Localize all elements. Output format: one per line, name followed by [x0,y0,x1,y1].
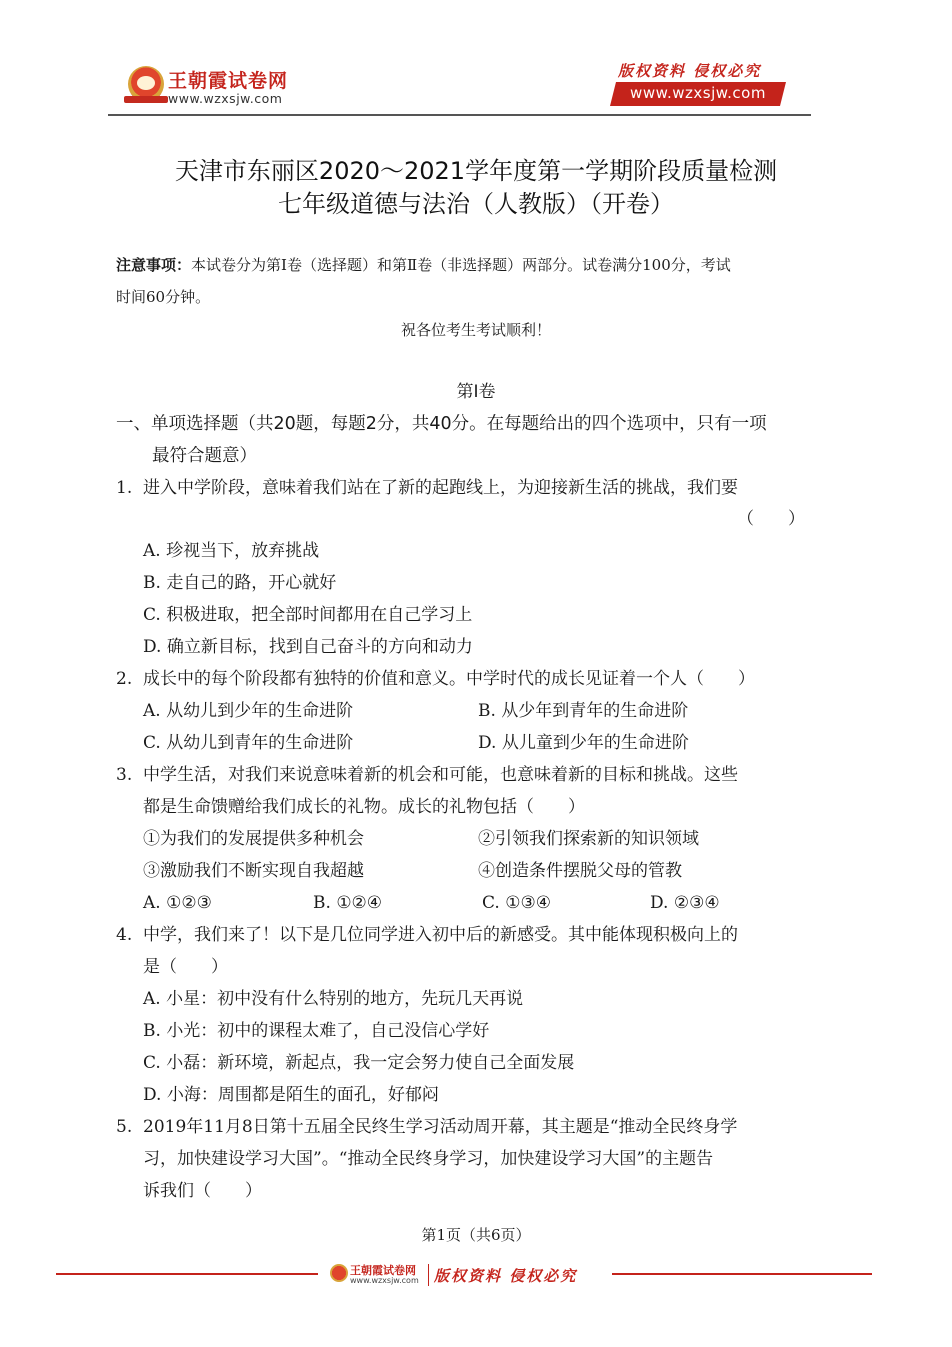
q4-option-a: A. 小星：初中没有什么特别的地方，先玩几天再说 [143,987,523,1011]
q1-option-a: A. 珍视当下，放弃挑战 [143,539,319,563]
question-1-stem: 进入中学阶段，意味着我们站在了新的起跑线上，为迎接新生活的挑战，我们要 [143,476,738,500]
q1-option-c: C. 积极进取，把全部时间都用在自己学习上 [143,603,472,627]
question-2-stem: 成长中的每个阶段都有独特的价值和意义。中学时代的成长见证着一个人（ ） [143,667,755,691]
q3-option-c: C. ①③④ [482,891,551,915]
section-heading-line1: 一、单项选择题（共20题，每题2分，共40分。在每题给出的四个选项中，只有一项 [116,412,767,436]
q4-option-d: D. 小海：周围都是陌生的面孔，好郁闷 [143,1083,439,1107]
q3-option-b: B. ①②④ [313,891,382,915]
q3-statement-2: ②引领我们探索新的知识领域 [478,827,699,851]
copyright-banner: 版权资料 侵权必究 www.wzxsjw.com [610,60,790,110]
question-3-stem-line1: 中学生活，对我们来说意味着新的机会和可能，也意味着新的目标和挑战。这些 [143,763,738,787]
question-5-stem-line3: 诉我们（ ） [143,1179,262,1203]
q2-option-d: D. 从儿童到少年的生命进阶 [478,731,689,755]
question-4-stem-line2: 是（ ） [143,955,228,979]
notice-text: 本试卷分为第Ⅰ卷（选择题）和第Ⅱ卷（非选择题）两部分。试卷满分100分，考试 [191,256,731,274]
q4-option-b: B. 小光：初中的课程太难了，自己没信心学好 [143,1019,489,1043]
footer-badge-icon [330,1264,348,1282]
q4-option-c: C. 小磊：新环境，新起点，我一定会努力使自己全面发展 [143,1051,574,1075]
url-banner: www.wzxsjw.com [610,82,786,106]
notice-label: 注意事项： [116,256,191,274]
header-divider [108,114,811,116]
footer-slogan: 版权资料 侵权必究 [434,1265,577,1286]
question-3-number: 3. [116,763,132,787]
page-number: 第1页（共6页） [0,1224,952,1245]
good-luck-message: 祝各位考生考试顺利！ [0,318,952,342]
logo-url: www.wzxsjw.com [168,91,282,106]
q3-statement-4: ④创造条件摆脱父母的管教 [478,859,682,883]
q3-option-a: A. ①②③ [143,891,212,915]
notice-line1: 注意事项：本试卷分为第Ⅰ卷（选择题）和第Ⅱ卷（非选择题）两部分。试卷满分100分… [116,253,731,277]
exam-title-line1: 天津市东丽区2020～2021学年度第一学期阶段质量检测 [0,151,952,186]
footer-logo-url: www.wzxsjw.com [350,1276,419,1285]
question-4-number: 4. [116,923,132,947]
footer-logo: 王朝霞试卷网 www.wzxsjw.com 版权资料 侵权必究 [330,1262,610,1288]
question-3-stem-line2: 都是生命馈赠给我们成长的礼物。成长的礼物包括（ ） [143,795,585,819]
url-banner-text: www.wzxsjw.com [610,84,786,102]
q2-option-b: B. 从少年到青年的生命进阶 [478,699,688,723]
q3-statement-3: ③激励我们不断实现自我超越 [143,859,364,883]
question-1-number: 1. [116,476,132,500]
notice-line2: 时间60分钟。 [116,285,210,309]
question-4-stem-line1: 中学，我们来了！以下是几位同学进入初中后的新感受。其中能体现积极向上的 [143,923,738,947]
question-5-number: 5. [116,1115,132,1139]
exam-title-line2: 七年级道德与法治（人教版）（开卷） [0,184,952,219]
footer-rule-right [612,1273,872,1275]
question-5-stem-line2: 习，加快建设学习大国”。“推动全民终身学习，加快建设学习大国”的主题告 [143,1147,713,1171]
q1-option-d: D. 确立新目标，找到自己奋斗的方向和动力 [143,635,473,659]
q2-option-a: A. 从幼儿到少年的生命进阶 [143,699,353,723]
question-1-answer-bracket: （ ） [737,507,805,531]
logo-name: 王朝霞试卷网 [168,66,288,93]
question-5-stem-line1: 2019年11月8日第十五届全民终生学习活动周开幕，其主题是“推动全民终身学 [143,1115,737,1139]
volume-heading: 第Ⅰ卷 [0,380,952,404]
q1-option-b: B. 走自己的路，开心就好 [143,571,336,595]
question-2-number: 2. [116,667,132,691]
footer-rule-left [56,1273,318,1275]
site-logo: 王朝霞试卷网 www.wzxsjw.com [128,64,318,110]
section-heading-line2: 最符合题意） [152,444,257,468]
q2-option-c: C. 从幼儿到青年的生命进阶 [143,731,353,755]
q3-option-d: D. ②③④ [650,891,720,915]
copyright-slogan: 版权资料 侵权必究 [618,60,761,81]
footer-separator [428,1264,429,1286]
badge-ribbon [124,96,168,103]
q3-statement-1: ①为我们的发展提供多种机会 [143,827,364,851]
